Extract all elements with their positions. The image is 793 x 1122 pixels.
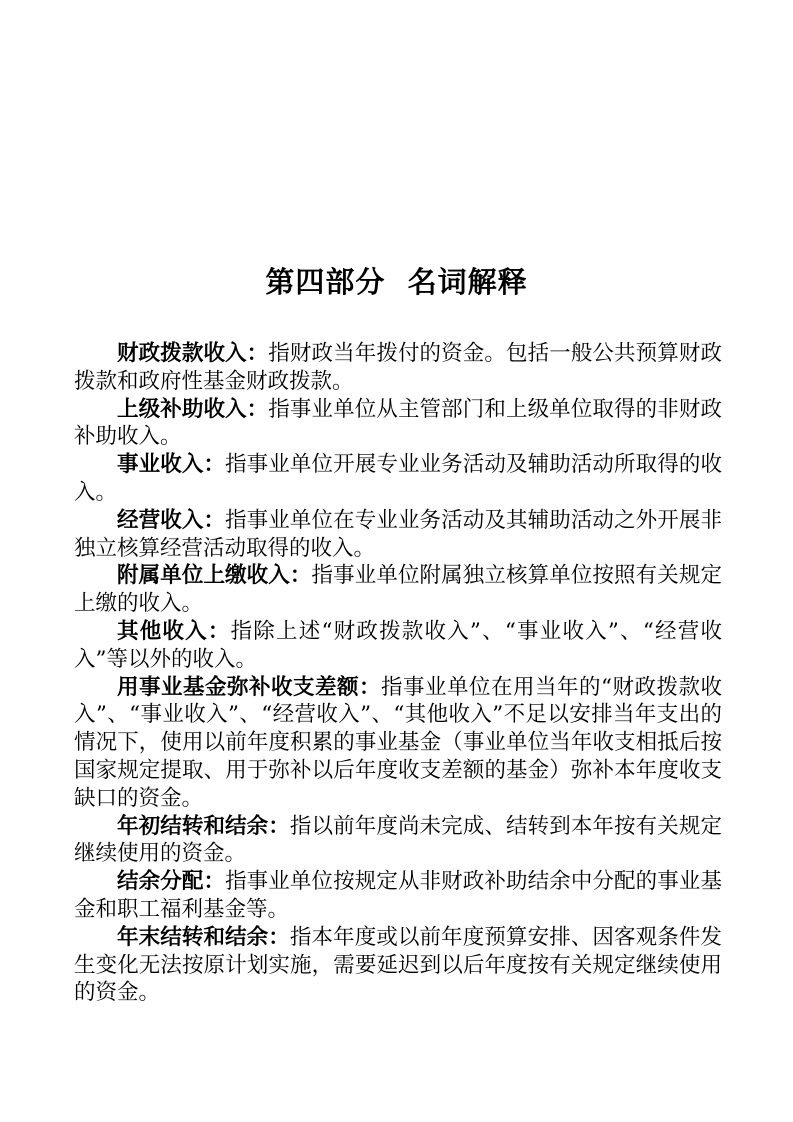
glossary-term: 附属单位上缴收入： <box>117 563 312 588</box>
glossary-entry: 年末结转和结余：指本年度或以前年度预算安排、因客观条件发生变化无法按原计划实施，… <box>74 924 722 1007</box>
page-title: 第四部分 名词解释 <box>0 262 793 302</box>
glossary-term: 事业收入： <box>117 452 225 477</box>
glossary-entry: 经营收入：指事业单位在专业业务活动及其辅助活动之外开展非独立核算经营活动取得的收… <box>74 507 722 563</box>
glossary-list: 财政拨款收入：指财政当年拨付的资金。包括一般公共预算财政拨款和政府性基金财政拨款… <box>74 340 722 1007</box>
glossary-term: 经营收入： <box>117 508 225 533</box>
glossary-term: 用事业基金弥补收支差额： <box>117 675 381 700</box>
glossary-entry: 结余分配：指事业单位按规定从非财政补助结余中分配的事业基金和职工福利基金等。 <box>74 868 722 924</box>
glossary-term: 年末结转和结余： <box>117 925 290 950</box>
glossary-entry: 上级补助收入：指事业单位从主管部门和上级单位取得的非财政补助收入。 <box>74 396 722 452</box>
glossary-entry: 其他收入：指除上述“财政拨款收入”、“事业收入”、“经营收入”等以外的收入。 <box>74 618 722 674</box>
glossary-term: 上级补助收入： <box>117 397 268 422</box>
glossary-term: 年初结转和结余： <box>117 814 290 839</box>
glossary-entry: 事业收入：指事业单位开展专业业务活动及辅助活动所取得的收入。 <box>74 451 722 507</box>
glossary-entry: 附属单位上缴收入：指事业单位附属独立核算单位按照有关规定上缴的收入。 <box>74 562 722 618</box>
glossary-term: 结余分配： <box>117 869 225 894</box>
glossary-term: 财政拨款收入： <box>117 341 268 366</box>
glossary-entry: 财政拨款收入：指财政当年拨付的资金。包括一般公共预算财政拨款和政府性基金财政拨款… <box>74 340 722 396</box>
glossary-term: 其他收入： <box>117 619 231 644</box>
glossary-entry: 用事业基金弥补收支差额：指事业单位在用当年的“财政拨款收入”、“事业收入”、“经… <box>74 674 722 813</box>
glossary-entry: 年初结转和结余：指以前年度尚未完成、结转到本年按有关规定继续使用的资金。 <box>74 813 722 869</box>
